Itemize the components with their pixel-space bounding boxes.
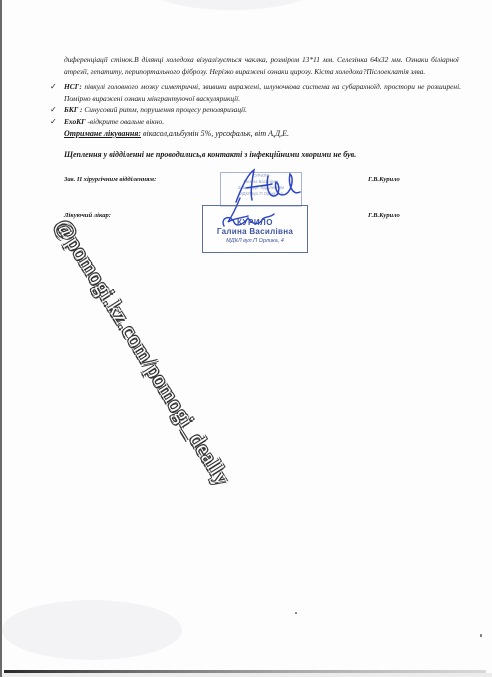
scanner-bed-strip [2, 673, 492, 677]
doctor-stamp: КУРИЛО Галина Василівна МДКЛ вул.П Орлик… [202, 205, 308, 253]
signature-name-attending-doctor: Г.В.Курило [368, 212, 400, 219]
scan-speck [295, 612, 297, 614]
scan-smudge [152, 0, 312, 10]
stamp-surname: КУРИЛО [203, 218, 307, 227]
signature-role-head-of-department: Зав. II хірургічним відділенням: [64, 176, 156, 183]
scan-smudge [2, 600, 182, 660]
finding-label: БКГ : [64, 105, 82, 114]
finding-text: півкулі головного мозку симетричні, звив… [64, 82, 461, 103]
finding-ecg: ✓ БКГ : Синусовий ритм, порушення процес… [47, 104, 461, 116]
finding-nsg: ✓ НСГ: півкулі головного мозку симетричн… [47, 81, 461, 104]
check-mark-icon: ✓ [50, 116, 57, 128]
stamp-line: МДКЛ вул.П Орлика, 4 [221, 191, 301, 197]
finding-text: Синусовий ритм, порушення процесу реполя… [82, 105, 247, 114]
vaccination-infection-note: Щеплення у відділенні не проводились,в к… [64, 150, 356, 159]
finding-label: НСГ: [64, 82, 82, 91]
doctor-stamp-faded: КУРИЛО Галина Василівна Зав. хірург. від… [220, 172, 302, 207]
stamp-given-names: Галина Василівна [203, 227, 307, 237]
finding-echocg: ✓ ЕхоКГ -відкрите овальне вікно. [47, 116, 461, 128]
medications-text: вікасол,альбумін 5%, урсофальк, віт А,Д,… [141, 129, 289, 138]
finding-label: ЕхоКГ [64, 117, 86, 126]
scan-speck [480, 634, 482, 636]
stamp-address: МДКЛ вул.П Орлика, 4 [203, 237, 307, 245]
medications-label: Отримане лікування: [64, 129, 141, 138]
findings-list: ✓ НСГ: півкулі головного мозку симетричн… [47, 81, 461, 127]
medications-line: Отримане лікування: вікасол,альбумін 5%,… [64, 128, 289, 140]
check-mark-icon: ✓ [50, 81, 57, 93]
signature-name-head-of-department: Г.В.Курило [368, 176, 400, 183]
diagonal-watermark: @pomogi.kz.com/pomogi_deally [50, 214, 236, 490]
check-mark-icon: ✓ [50, 104, 57, 116]
scanned-document-page: диференціації стінок.В ділянці холедоха … [0, 0, 492, 677]
ultrasound-paragraph-continuation: диференціації стінок.В ділянці холедоха … [64, 54, 459, 77]
finding-text: -відкрите овальне вікно. [86, 117, 164, 126]
